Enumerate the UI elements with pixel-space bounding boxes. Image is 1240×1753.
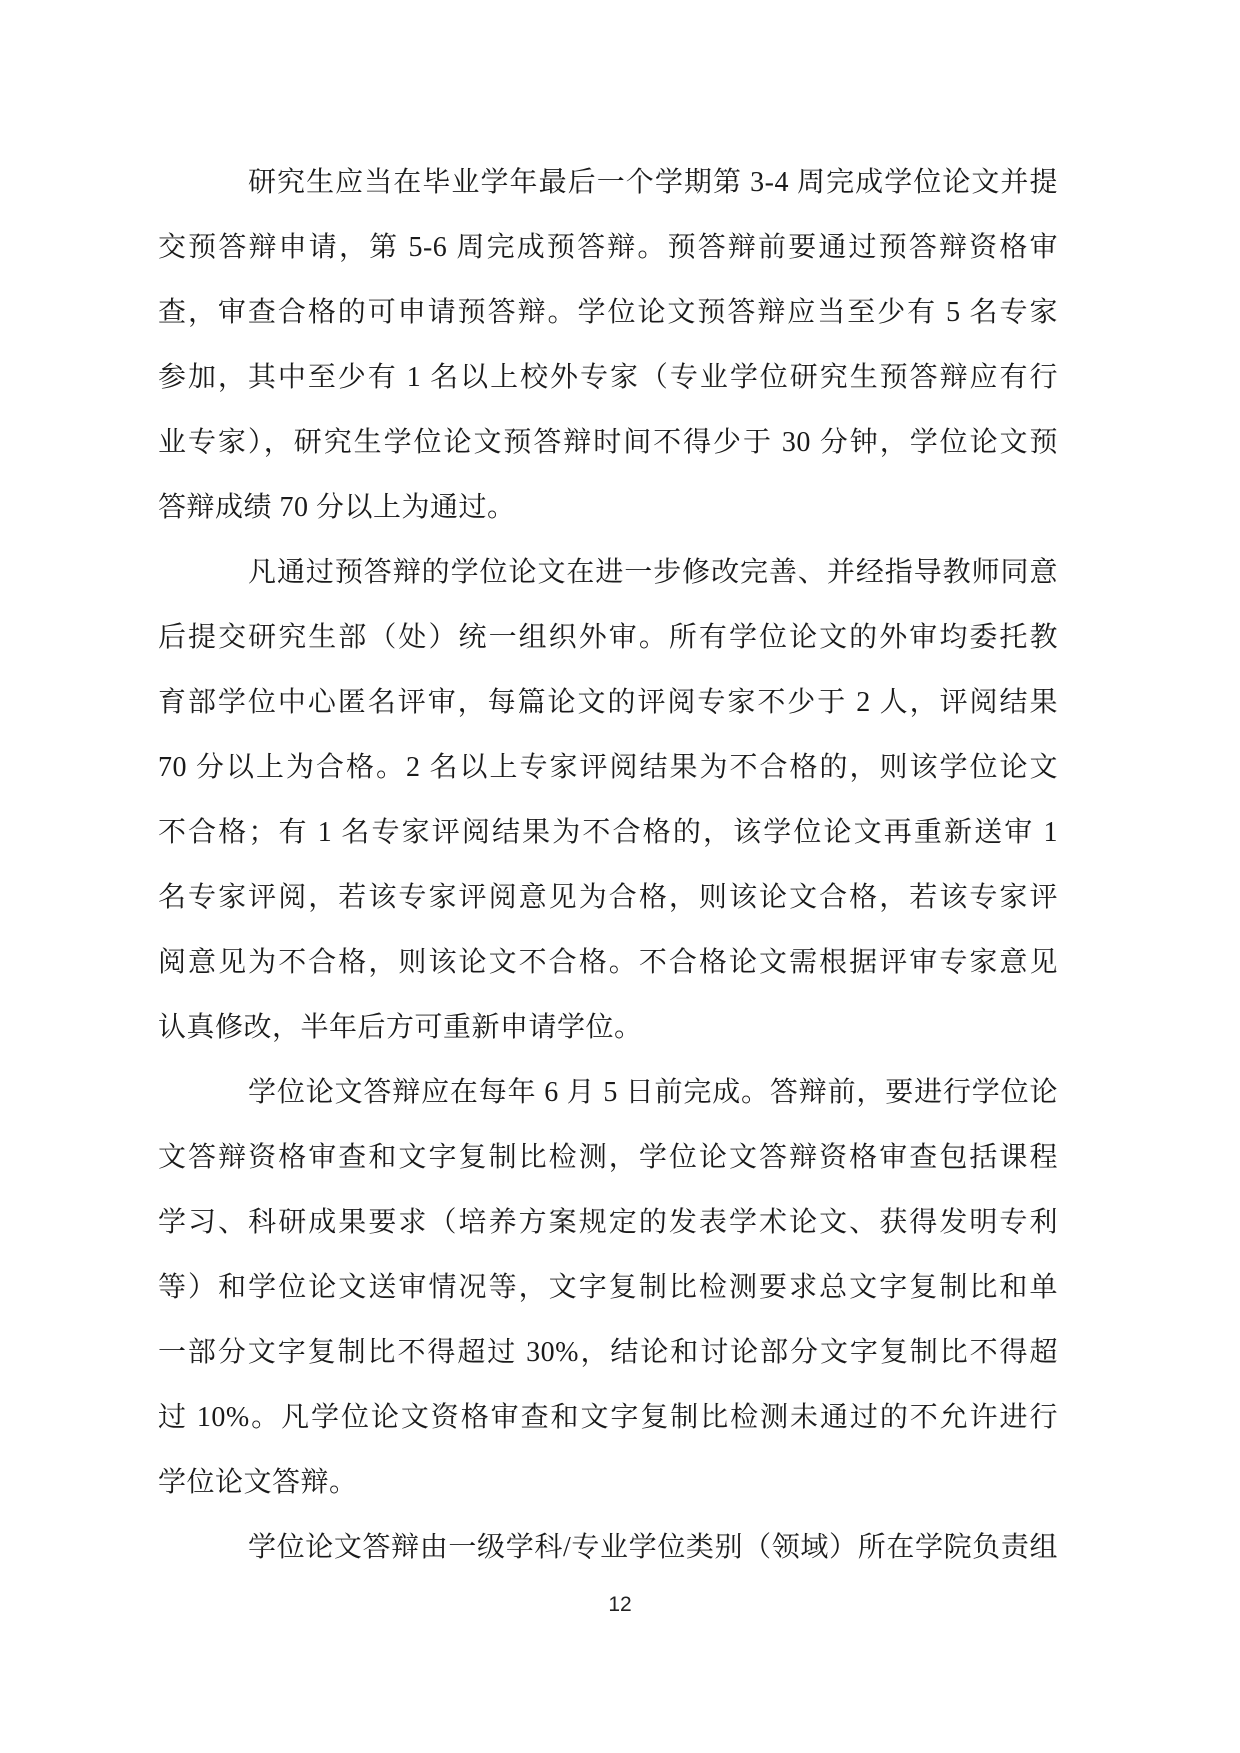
page-number: 12 [0, 1593, 1240, 1617]
text-line: 参加，其中至少有 1 名以上校外专家（专业学位研究生预答辩应有行 [158, 345, 1058, 410]
text-line: 不合格；有 1 名专家评阅结果为不合格的，该学位论文再重新送审 1 [158, 800, 1058, 865]
text-line: 过 10%。凡学位论文资格审查和文字复制比检测未通过的不允许进行 [158, 1385, 1058, 1450]
text-block: 研究生应当在毕业学年最后一个学期第 3-4 周完成学位论文并提交预答辩申请，第 … [158, 150, 1058, 1580]
text-line: 70 分以上为合格。2 名以上专家评阅结果为不合格的，则该学位论文 [158, 735, 1058, 800]
text-line: 学位论文答辩应在每年 6 月 5 日前完成。答辩前，要进行学位论 [158, 1060, 1058, 1125]
text-line: 等）和学位论文送审情况等，文字复制比检测要求总文字复制比和单 [158, 1255, 1058, 1320]
text-line: 学位论文答辩。 [158, 1450, 1058, 1515]
text-line: 凡通过预答辩的学位论文在进一步修改完善、并经指导教师同意 [158, 540, 1058, 605]
paragraph: 学位论文答辩由一级学科/专业学位类别（领域）所在学院负责组 [158, 1515, 1058, 1580]
text-line: 文答辩资格审查和文字复制比检测，学位论文答辩资格审查包括课程 [158, 1125, 1058, 1190]
text-line: 一部分文字复制比不得超过 30%，结论和讨论部分文字复制比不得超 [158, 1320, 1058, 1385]
text-line: 后提交研究生部（处）统一组织外审。所有学位论文的外审均委托教 [158, 605, 1058, 670]
text-line: 育部学位中心匿名评审，每篇论文的评阅专家不少于 2 人，评阅结果 [158, 670, 1058, 735]
text-line: 答辩成绩 70 分以上为通过。 [158, 475, 1058, 540]
text-line: 学习、科研成果要求（培养方案规定的发表学术论文、获得发明专利 [158, 1190, 1058, 1255]
text-line: 认真修改，半年后方可重新申请学位。 [158, 995, 1058, 1060]
document-page: 研究生应当在毕业学年最后一个学期第 3-4 周完成学位论文并提交预答辩申请，第 … [0, 0, 1240, 1753]
text-line: 阅意见为不合格，则该论文不合格。不合格论文需根据评审专家意见 [158, 930, 1058, 995]
text-line: 学位论文答辩由一级学科/专业学位类别（领域）所在学院负责组 [158, 1515, 1058, 1580]
text-line: 研究生应当在毕业学年最后一个学期第 3-4 周完成学位论文并提 [158, 150, 1058, 215]
paragraph: 凡通过预答辩的学位论文在进一步修改完善、并经指导教师同意后提交研究生部（处）统一… [158, 540, 1058, 1060]
text-line: 业专家），研究生学位论文预答辩时间不得少于 30 分钟，学位论文预 [158, 410, 1058, 475]
paragraph: 学位论文答辩应在每年 6 月 5 日前完成。答辩前，要进行学位论文答辩资格审查和… [158, 1060, 1058, 1515]
text-line: 名专家评阅，若该专家评阅意见为合格，则该论文合格，若该专家评 [158, 865, 1058, 930]
paragraph: 研究生应当在毕业学年最后一个学期第 3-4 周完成学位论文并提交预答辩申请，第 … [158, 150, 1058, 540]
text-line: 查，审查合格的可申请预答辩。学位论文预答辩应当至少有 5 名专家 [158, 280, 1058, 345]
text-line: 交预答辩申请，第 5-6 周完成预答辩。预答辩前要通过预答辩资格审 [158, 215, 1058, 280]
